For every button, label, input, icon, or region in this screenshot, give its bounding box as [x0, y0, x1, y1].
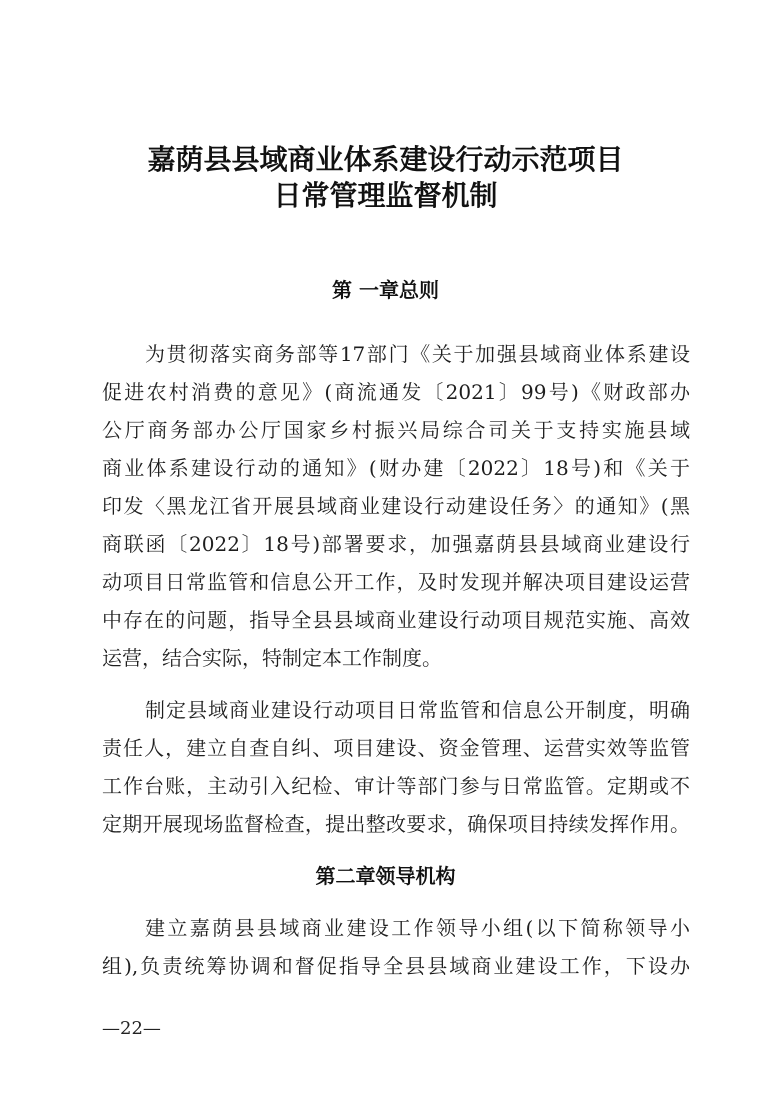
paragraph-line: 定期开展现场监督检查，提出整改要求，确保项目持续发挥作用。	[102, 810, 690, 838]
paragraph-line: 印发〈黑龙江省开展县域商业建设行动建设任务〉的通知》(黑	[102, 492, 690, 520]
document-page: 嘉荫县县域商业体系建设行动示范项目 日常管理监督机制 第 一章总则 为贯彻落实商…	[0, 0, 771, 1100]
chapter-1-heading: 第 一章总则	[0, 276, 771, 304]
paragraph-line: 责任人，建立自查自纠、项目建设、资金管理、运营实效等监管	[102, 734, 690, 762]
paragraph-line: 公厅商务部办公厅国家乡村振兴局综合司关于支持实施县域	[102, 416, 690, 444]
document-title-line-1: 嘉荫县县域商业体系建设行动示范项目	[0, 142, 771, 178]
paragraph-line: 中存在的问题，指导全县县域商业建设行动项目规范实施、高效	[102, 606, 690, 634]
paragraph-line: 组),负责统筹协调和督促指导全县县域商业建设工作，下设办	[102, 952, 690, 980]
paragraph-line: 运营，结合实际，特制定本工作制度。	[102, 644, 690, 672]
paragraph-line: 促进农村消费的意见》(商流通发〔2021〕99号)《财政部办	[102, 378, 690, 406]
paragraph-line: 动项目日常监管和信息公开工作，及时发现并解决项目建设运营	[102, 568, 690, 596]
paragraph-line: 建立嘉荫县县域商业建设工作领导小组(以下简称领导小	[145, 914, 690, 942]
paragraph-line: 工作台账，主动引入纪检、审计等部门参与日常监管。定期或不	[102, 772, 690, 800]
chapter-2-heading: 第二章领导机构	[0, 862, 771, 890]
document-title-line-2: 日常管理监督机制	[0, 178, 771, 214]
paragraph-line: 制定县域商业建设行动项目日常监管和信息公开制度，明确	[145, 696, 690, 724]
paragraph-line: 商联函〔2022〕18号)部署要求，加强嘉荫县县域商业建设行	[102, 530, 690, 558]
page-number: —22—	[102, 1017, 161, 1041]
paragraph-line: 为贯彻落实商务部等17部门《关于加强县域商业体系建设	[145, 340, 690, 368]
paragraph-line: 商业体系建设行动的通知》(财办建〔2022〕18号)和《关于	[102, 454, 690, 482]
